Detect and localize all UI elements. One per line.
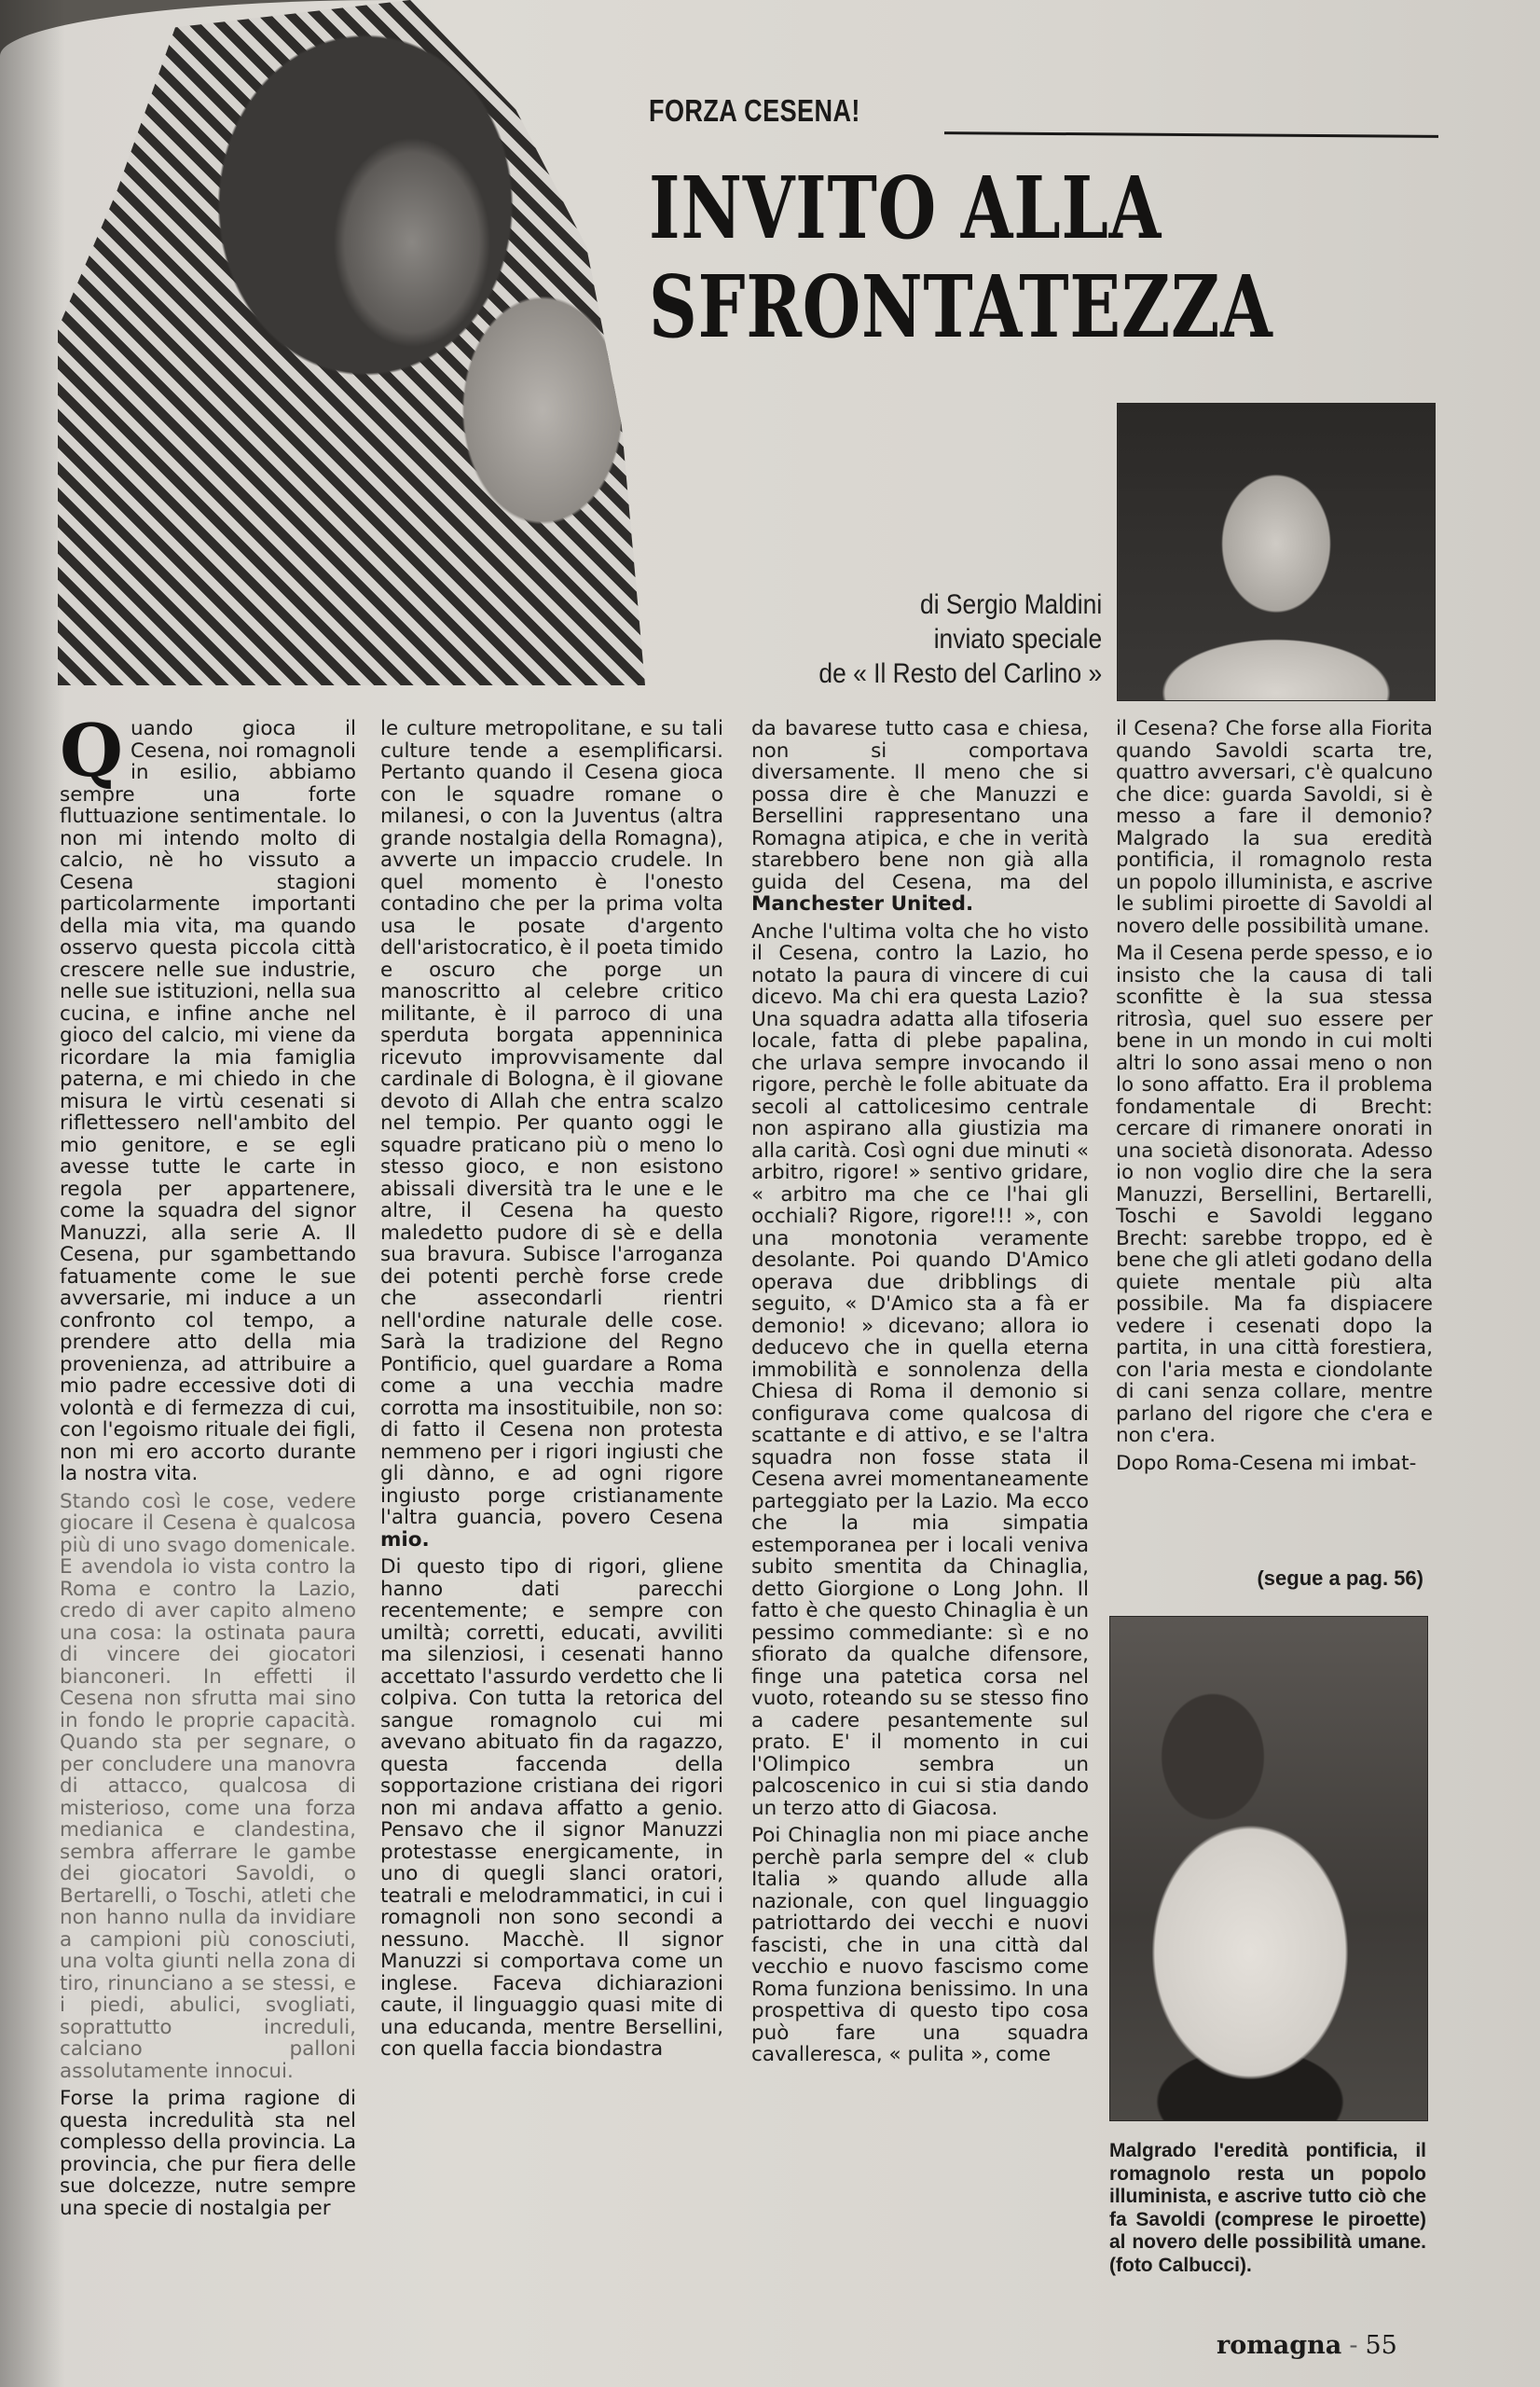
article-column-2: le culture metropolitane, e su tali cult… bbox=[380, 718, 723, 2066]
player-photo bbox=[1109, 1616, 1428, 2121]
spine-shadow bbox=[0, 0, 65, 2387]
article-column-4: il Cesena? Che forse alla Fiorita quando… bbox=[1116, 718, 1433, 1480]
paragraph: Anche l'ultima volta che ho visto il Ces… bbox=[751, 921, 1089, 1820]
paragraph: il Cesena? Che forse alla Fiorita quando… bbox=[1116, 718, 1433, 937]
paragraph: Ma il Cesena perde spesso, e io insisto … bbox=[1116, 943, 1433, 1447]
headline: INVITO ALLA SFRONTATEZZA bbox=[649, 159, 1303, 356]
emphasis: Manchester United. bbox=[751, 892, 973, 916]
paragraph: Poi Chinaglia non mi piace anche perchè … bbox=[751, 1825, 1089, 2066]
byline: di Sergio Maldini inviato speciale de « … bbox=[818, 587, 1102, 691]
headline-line-2: SFRONTATEZZA bbox=[649, 257, 1303, 356]
photo-caption: Malgrado l'eredità pontificia, il romagn… bbox=[1109, 2140, 1426, 2277]
paragraph: Quando gioca il Cesena, noi romagnoli in… bbox=[60, 718, 356, 1485]
magazine-name: romagna bbox=[1217, 2331, 1341, 2360]
drop-cap: Q bbox=[60, 722, 123, 781]
paragraph: da bavarese tutto casa e chiesa, non si … bbox=[751, 718, 1089, 916]
paragraph: Dopo Roma-Cesena mi imbat- bbox=[1116, 1453, 1433, 1475]
continued-notice: (segue a pag. 56) bbox=[1116, 1566, 1423, 1591]
page-folio: romagna-55 bbox=[1217, 2331, 1397, 2360]
paragraph: le culture metropolitane, e su tali cult… bbox=[380, 718, 723, 1551]
emphasis: mio. bbox=[380, 1528, 430, 1552]
author-portrait-photo bbox=[1117, 403, 1436, 701]
page-number: 55 bbox=[1365, 2331, 1396, 2360]
paragraph: Di questo tipo di rigori, gliene hanno d… bbox=[380, 1556, 723, 2061]
byline-role: inviato speciale bbox=[818, 622, 1102, 656]
byline-publication: de « Il Resto del Carlino » bbox=[818, 656, 1102, 691]
magazine-page: FORZA CESENA! INVITO ALLA SFRONTATEZZA d… bbox=[0, 0, 1540, 2387]
section-kicker: FORZA CESENA! bbox=[649, 93, 860, 129]
article-column-3: da bavarese tutto casa e chiesa, non si … bbox=[751, 718, 1089, 2072]
paragraph: Forse la prima ragione di questa incredu… bbox=[60, 2088, 356, 2219]
folio-separator: - bbox=[1349, 2331, 1357, 2360]
paragraph: Stando così le cose, vedere giocare il C… bbox=[60, 1491, 356, 2083]
byline-author: di Sergio Maldini bbox=[818, 587, 1102, 622]
article-column-1: Quando gioca il Cesena, noi romagnoli in… bbox=[60, 718, 356, 2225]
shouting-man-photo bbox=[58, 0, 645, 685]
headline-line-1: INVITO ALLA bbox=[649, 159, 1303, 257]
kicker-rule bbox=[944, 131, 1438, 138]
